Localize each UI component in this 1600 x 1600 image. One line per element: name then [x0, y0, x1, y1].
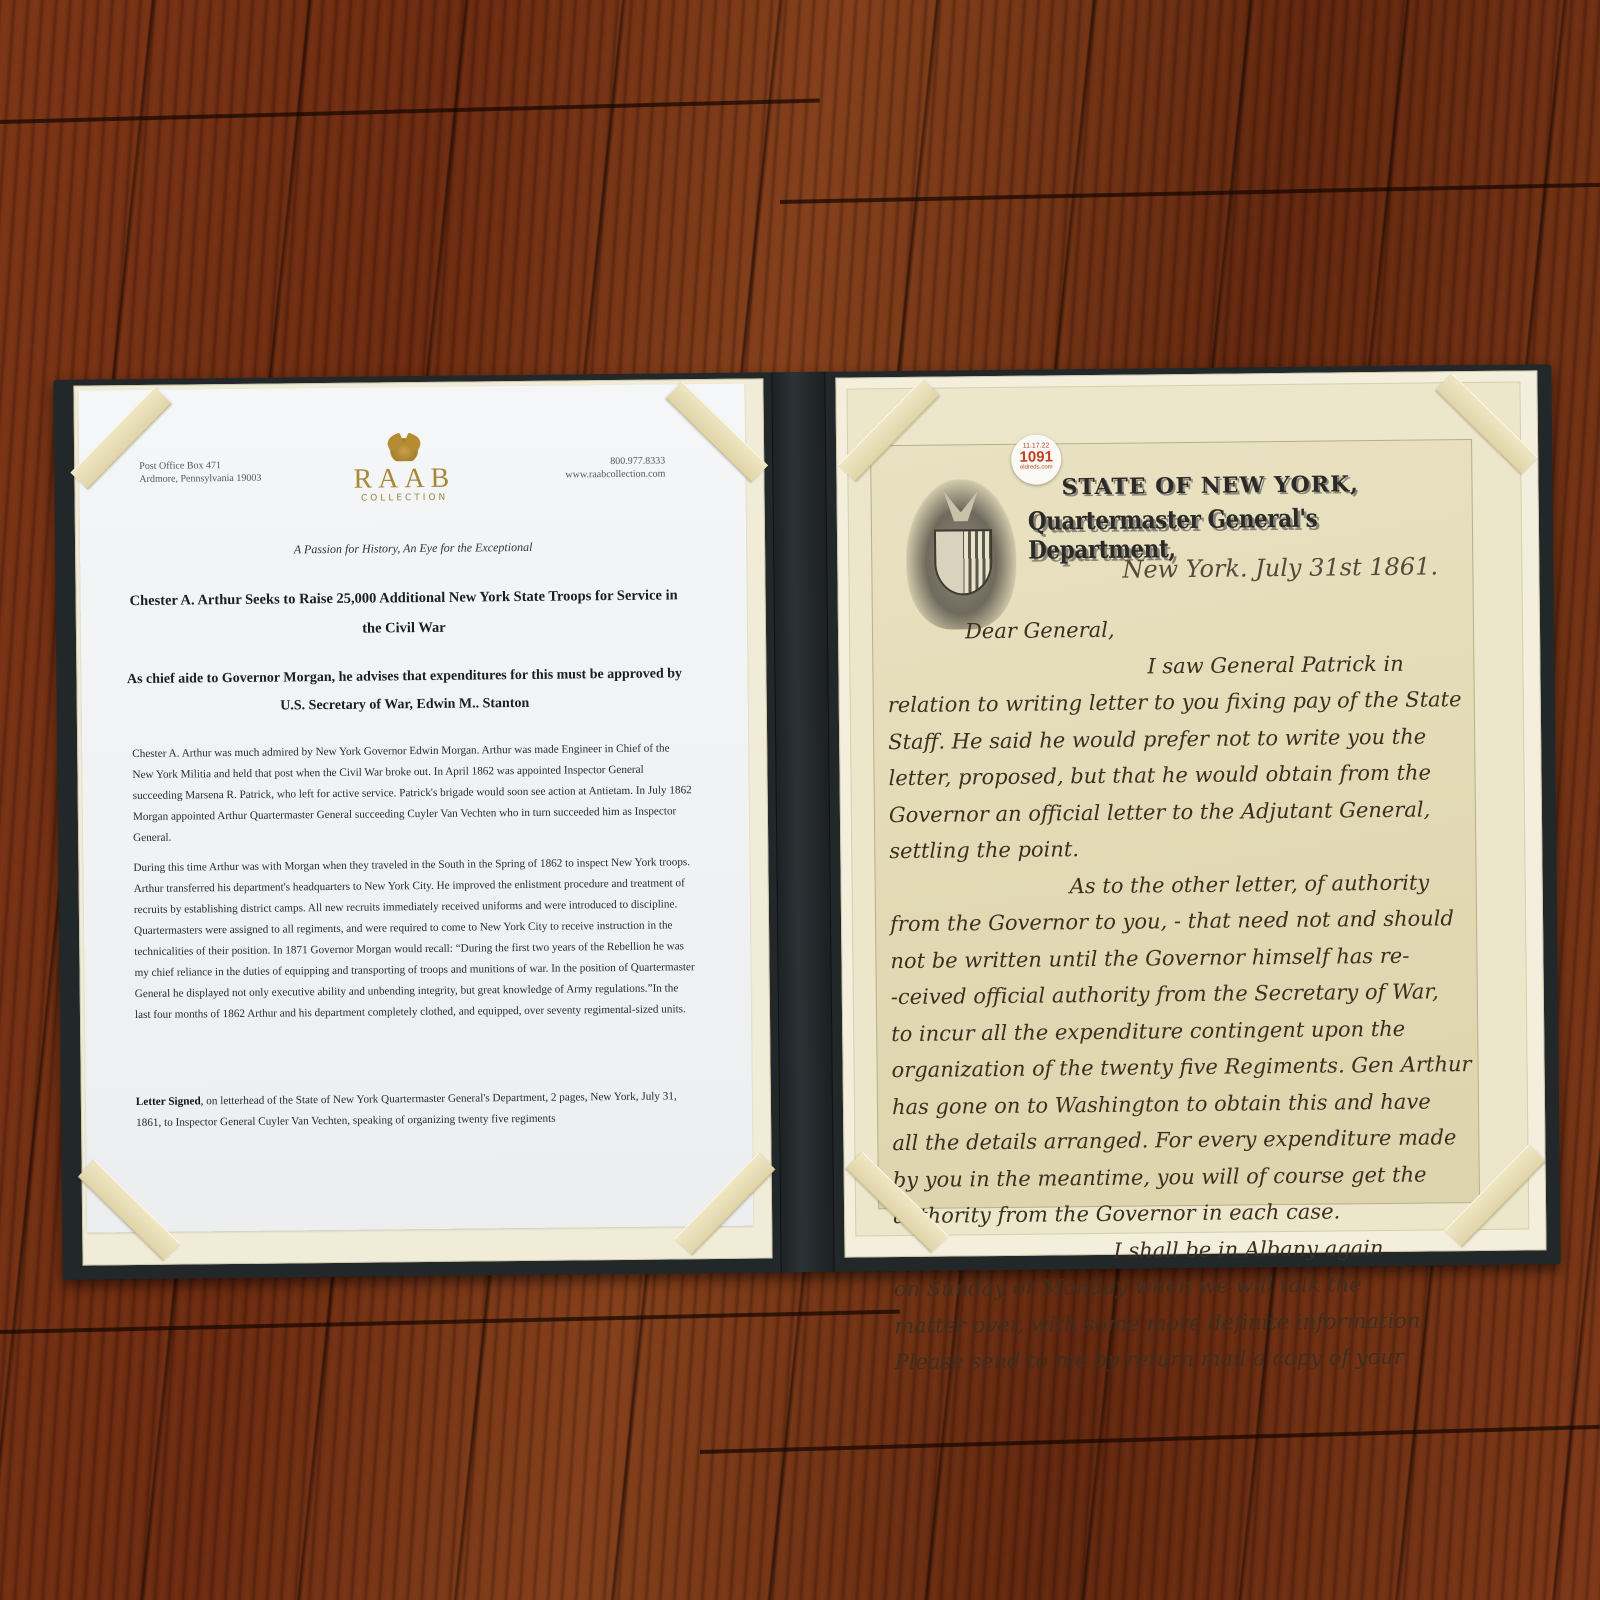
folder-spine — [771, 372, 834, 1273]
new-york-coat-of-arms-icon — [905, 479, 1017, 630]
left-panel: Post Office Box 471 Ardmore, Pennsylvani… — [73, 378, 772, 1265]
letter-line: to incur all the expenditure contingent … — [891, 1010, 1471, 1053]
salutation: Dear General, — [887, 608, 1467, 651]
presentation-folder: Post Office Box 471 Ardmore, Pennsylvani… — [53, 364, 1560, 1280]
letter-line: I saw General Patrick in — [887, 645, 1467, 688]
paragraph-3: Letter Signed, on letterhead of the Stat… — [136, 1086, 697, 1134]
letterhead-state: STATE OF NEW YORK, — [1061, 471, 1359, 500]
floor-seam — [780, 183, 1600, 204]
letter-line: Staff. He said he would prefer not to wr… — [888, 718, 1468, 761]
shield-icon — [934, 529, 993, 596]
eagle-icon — [944, 491, 978, 521]
letter-line: authority from the Governor in each case… — [893, 1192, 1473, 1235]
floor-seam — [0, 99, 820, 124]
contact-phone-web: 800.977.8333 www.raabcollection.com — [565, 454, 665, 481]
tagline: A Passion for History, An Eye for the Ex… — [80, 538, 746, 560]
letter-dateline: New York. July 31st 1861. — [1122, 552, 1438, 583]
letter-line: settling the point. — [889, 827, 1469, 870]
website: www.raabcollection.com — [565, 467, 665, 481]
handwritten-letter: 11.17.22 1091 eldreds.com STATE OF NEW Y… — [870, 439, 1480, 1209]
phone: 800.977.8333 — [565, 454, 665, 468]
document-subtitle: As chief aide to Governor Morgan, he adv… — [121, 660, 688, 722]
letter-line: relation to writing letter to you fixing… — [888, 681, 1468, 724]
city-state: Ardmore, Pennsylvania 19003 — [139, 472, 261, 486]
letter-line: by you in the meantime, you will of cour… — [893, 1156, 1473, 1199]
letter-line: all the details arranged. For every expe… — [892, 1119, 1472, 1162]
paragraph-1: Chester A. Arthur was much admired by Ne… — [132, 738, 694, 849]
eagle-icon — [387, 435, 421, 461]
floor-seam — [0, 1310, 900, 1334]
right-panel: 11.17.22 1091 eldreds.com STATE OF NEW Y… — [835, 370, 1546, 1257]
letter-line: on Sunday or Monday when we will talk th… — [894, 1265, 1474, 1308]
letter-line: Please send to me by return mail a copy … — [894, 1338, 1474, 1381]
lot-number: 1091 — [1011, 449, 1061, 465]
letter-line: has gone on to Washington to obtain this… — [892, 1083, 1472, 1126]
logo-sub: COLLECTION — [330, 492, 480, 504]
description-sheet: Post Office Box 471 Ardmore, Pennsylvani… — [78, 384, 753, 1233]
letter-line: letter, proposed, but that he would obta… — [888, 754, 1468, 797]
letter-line: not be written until the Governor himsel… — [890, 937, 1470, 980]
auction-lot-sticker: 11.17.22 1091 eldreds.com — [1011, 434, 1062, 485]
document-title: Chester A. Arthur Seeks to Raise 25,000 … — [120, 580, 687, 646]
letter-line: from the Governor to you, - that need no… — [890, 900, 1470, 943]
letter-line: As to the other letter, of authority — [890, 864, 1470, 907]
logo-name: RAAB — [329, 462, 479, 496]
letter-signed-label: Letter Signed — [136, 1095, 201, 1108]
letter-line: I shall be in Albany again — [893, 1229, 1473, 1272]
letter-matte: 11.17.22 1091 eldreds.com STATE OF NEW Y… — [846, 382, 1529, 1237]
contact-address: Post Office Box 471 Ardmore, Pennsylvani… — [139, 459, 261, 486]
letter-line: Governor an official letter to the Adjut… — [889, 791, 1469, 834]
letter-line: -ceived official authority from the Secr… — [891, 973, 1471, 1016]
letter-line: organization of the twenty five Regiment… — [891, 1046, 1471, 1089]
paragraph-2: During this time Arthur was with Morgan … — [133, 852, 696, 1026]
letter-line: matter over, with some more definite inf… — [894, 1302, 1474, 1345]
floor-seam — [700, 1425, 1600, 1454]
po-box: Post Office Box 471 — [139, 459, 261, 473]
letter-details: , on letterhead of the State of New York… — [136, 1090, 677, 1129]
letter-body: Dear General, I saw General Patrick in r… — [887, 608, 1475, 1381]
raab-logo: RAAB COLLECTION — [329, 434, 480, 504]
